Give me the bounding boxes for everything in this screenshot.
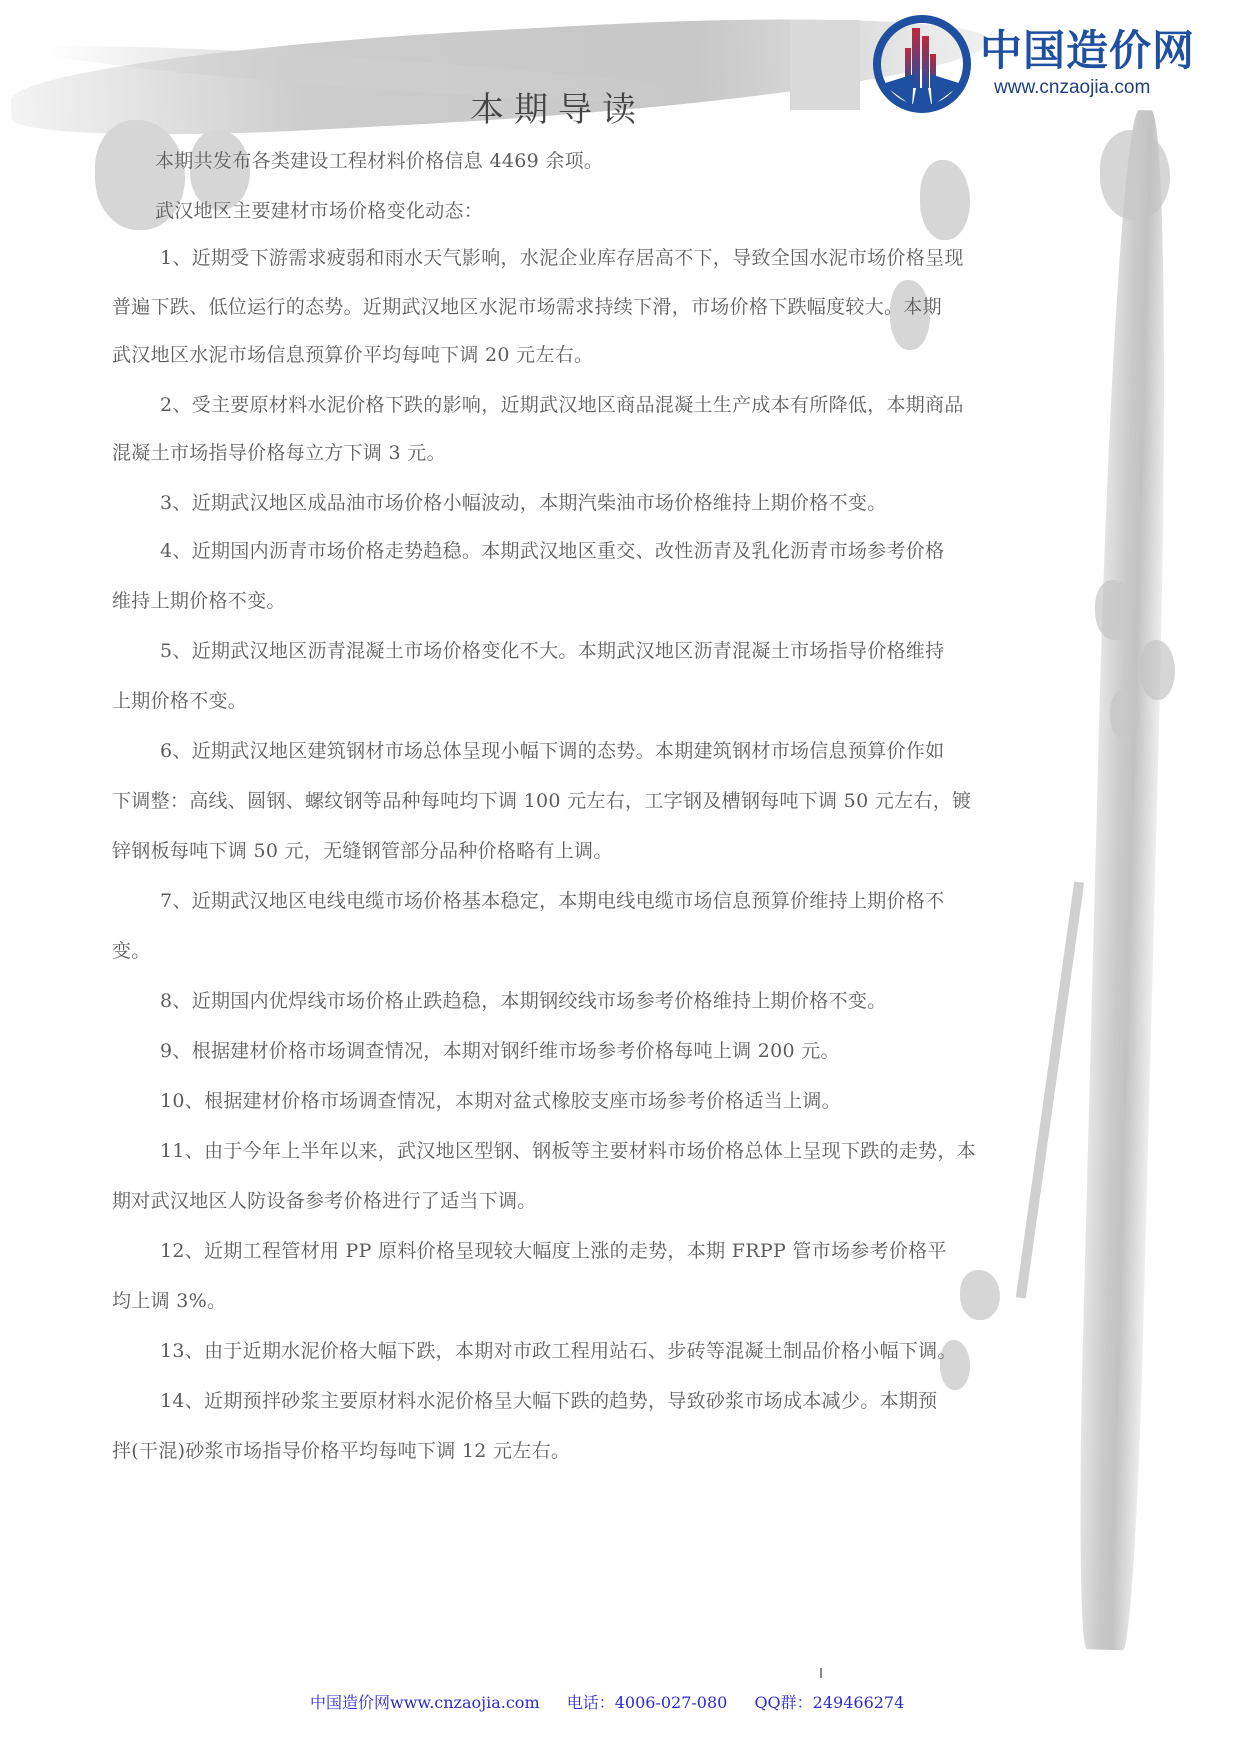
body-text-line: 普遍下跌、低位运行的态势。近期武汉地区水泥市场需求持续下滑，市场价格下跌幅度较大… (112, 292, 942, 319)
brand-url: www.cnzaojia.com (980, 77, 1195, 99)
scan-mark (820, 1668, 822, 1678)
body-text-line: 4、近期国内沥青市场价格走势趋稳。本期武汉地区重交、改性沥青及乳化沥青市场参考价… (160, 536, 944, 563)
page-footer: 中国造价网www.cnzaojia.com 电话：4006-027-080 QQ… (310, 1690, 926, 1713)
page-title: 本期导读 (470, 82, 646, 131)
body-text-line: 均上调 3%。 (112, 1286, 226, 1313)
bamboo-stalk-decoration (1075, 109, 1175, 1650)
body-text-line: 2、受主要原材料水泥价格下跌的影响，近期武汉地区商品混凝土生产成本有所降低，本期… (160, 390, 964, 417)
body-text-line: 3、近期武汉地区成品油市场价格小幅波动，本期汽柴油市场价格维持上期价格不变。 (160, 488, 887, 515)
footer-qq: QQ群：249466274 (754, 1693, 904, 1712)
body-text-line: 14、近期预拌砂浆主要原材料水泥价格呈大幅下跌的趋势，导致砂浆市场成本减少。本期… (160, 1386, 937, 1413)
body-text-line: 变。 (112, 936, 151, 963)
body-text-line: 上期价格不变。 (112, 686, 247, 713)
body-text-line: 9、根据建材价格市场调查情况，本期对钢纤维市场参考价格每吨上调 200 元。 (160, 1036, 840, 1063)
footer-site: 中国造价网www.cnzaojia.com (310, 1693, 540, 1712)
body-text-line: 期对武汉地区人防设备参考价格进行了适当下调。 (112, 1186, 537, 1213)
building-logo-icon (872, 14, 972, 114)
brand-logo: 中国造价网 www.cnzaojia.com (872, 14, 1195, 114)
body-text-line: 7、近期武汉地区电线电缆市场价格基本稳定，本期电线电缆市场信息预算价维持上期价格… (160, 886, 944, 913)
body-text-line: 5、近期武汉地区沥青混凝土市场价格变化不大。本期武汉地区沥青混凝土市场指导价格维… (160, 636, 944, 663)
body-text-line: 拌(干混)砂浆市场指导价格平均每吨下调 12 元左右。 (112, 1436, 570, 1463)
body-text-line: 维持上期价格不变。 (112, 586, 286, 613)
body-text-line: 11、由于今年上半年以来，武汉地区型钢、钢板等主要材料市场价格总体上呈现下跌的走… (160, 1136, 976, 1163)
body-text-line: 6、近期武汉地区建筑钢材市场总体呈现小幅下调的态势。本期建筑钢材市场信息预算价作… (160, 736, 944, 763)
body-text-line: 1、近期受下游需求疲弱和雨水天气影响，水泥企业库存居高不下，导致全国水泥市场价格… (160, 243, 964, 270)
body-text-line: 混凝土市场指导价格每立方下调 3 元。 (112, 438, 446, 465)
ink-blot-decoration (960, 1270, 1000, 1320)
footer-phone: 电话：4006-027-080 (567, 1693, 728, 1712)
brand-name: 中国造价网 (980, 29, 1195, 73)
section-heading: 武汉地区主要建材市场价格变化动态： (155, 196, 483, 223)
body-text-line: 8、近期国内优焊线市场价格止跌趋稳，本期钢绞线市场参考价格维持上期价格不变。 (160, 986, 887, 1013)
intro-paragraph: 本期共发布各类建设工程材料价格信息 4469 余项。 (155, 146, 603, 173)
body-text-line: 13、由于近期水泥价格大幅下跌，本期对市政工程用站石、步砖等混凝土制品价格小幅下… (160, 1336, 957, 1363)
ink-blot-decoration (920, 160, 970, 240)
body-text-line: 10、根据建材价格市场调查情况，本期对盆式橡胶支座市场参考价格适当上调。 (160, 1086, 841, 1113)
body-text-line: 12、近期工程管材用 PP 原料价格呈现较大幅度上涨的走势，本期 FRPP 管市… (160, 1236, 947, 1263)
body-text-line: 锌钢板每吨下调 50 元，无缝钢管部分品种价格略有上调。 (112, 836, 613, 863)
bamboo-stalk-decoration (1016, 881, 1084, 1298)
body-text-line: 下调整：高线、圆钢、螺纹钢等品种每吨均下调 100 元左右，工字钢及槽钢每吨下调… (112, 786, 971, 813)
body-text-line: 武汉地区水泥市场信息预算价平均每吨下调 20 元左右。 (112, 340, 593, 367)
ink-decoration (790, 20, 860, 110)
